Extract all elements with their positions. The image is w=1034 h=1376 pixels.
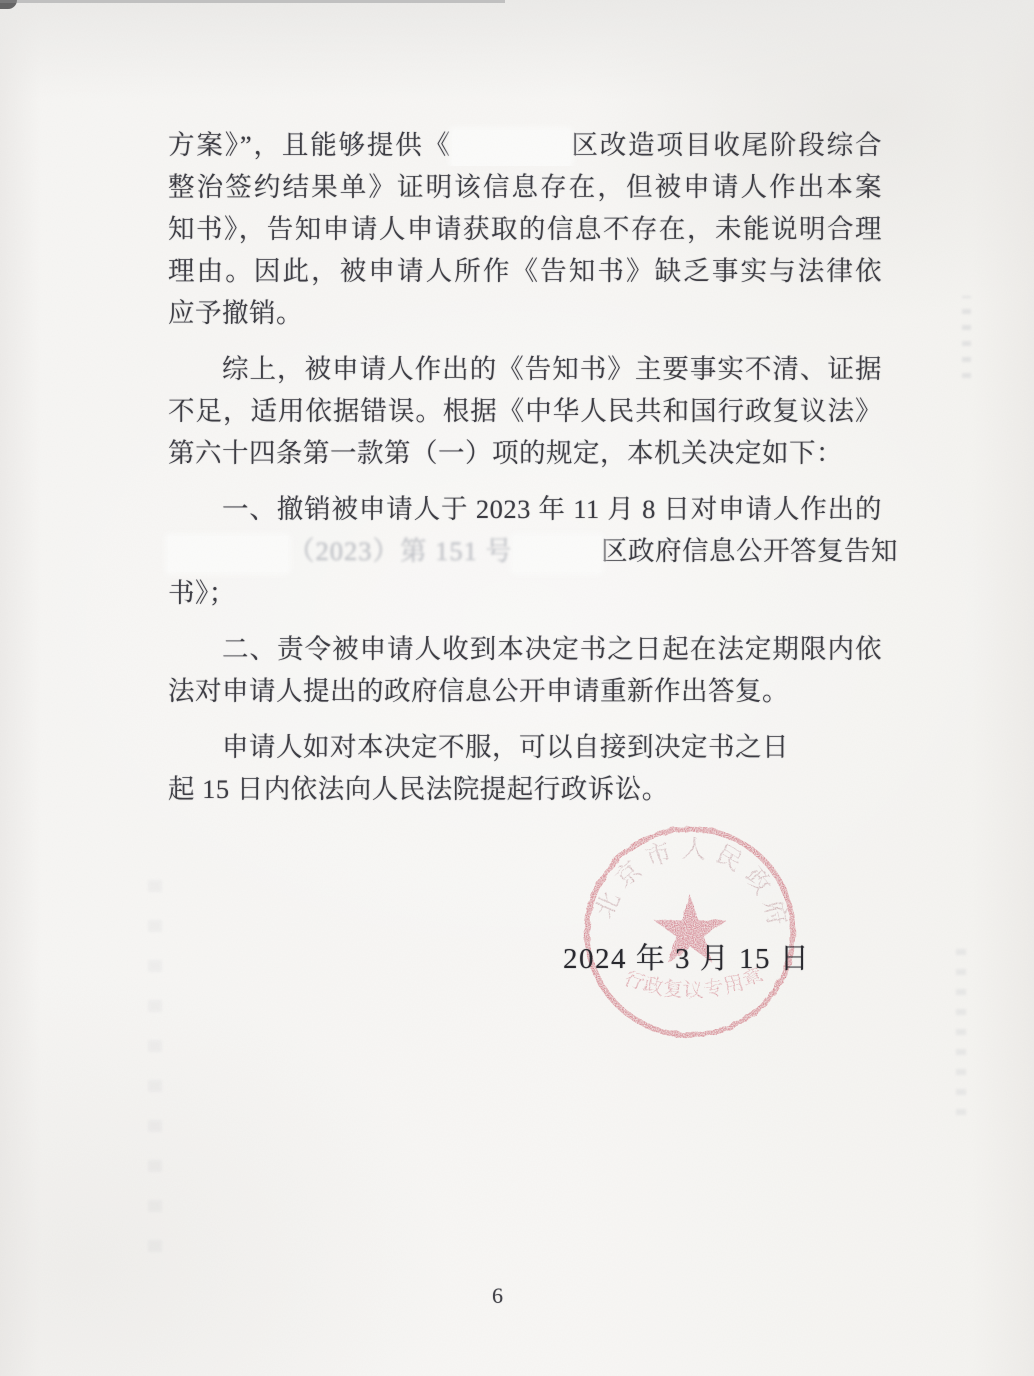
text-line: 方案》”，且能够提供《区改造项目收尾阶段综合 [168,124,882,166]
text-line: 申请人如对本决定不服，可以自接到决定书之日 [168,726,882,768]
official-seal: 北京市人民政府 行政复议专用章 [570,812,810,1052]
text-line: 整治签约结果单》证明该信息存在，但被申请人作出本案《告 [168,166,882,208]
issue-date: 2024 年 3 月 15 日 [563,936,810,977]
text-line: 法对申请人提出的政府信息公开申请重新作出答复。 [168,670,882,712]
text-run: 申请人如对本决定不服，可以自接到决定书之日 [222,732,789,762]
text-line: 起 15 日内依法向人民法院提起行政诉讼。 [168,768,882,810]
text-run: 区改造项目收尾阶段综合 [570,130,882,160]
text-line: 书》； [168,572,882,614]
text-line: 二、责令被申请人收到本决定书之日起在法定期限内依 [168,628,882,670]
text-run: 法对申请人提出的政府信息公开申请重新作出答复。 [168,676,789,706]
text-run: 理由。因此，被申请人所作《告知书》缺乏事实与法律依据， [168,256,882,292]
scan-shading [0,0,1034,100]
text-block: 方案》”，且能够提供《区改造项目收尾阶段综合整治签约结果单》证明该信息存在，但被… [168,124,882,810]
text-run: 书》； [168,578,236,608]
text-line: 一、撤销被申请人于 2023 年 11 月 8 日对申请人作出的 [168,488,882,530]
text-line: 第六十四条第一款第（一）项的规定，本机关决定如下： [168,432,882,474]
page-number: 6 [492,1283,503,1309]
text-run: 一、撤销被申请人于 2023 年 11 月 8 日对申请人作出的 [222,494,882,524]
text-run: 二、责令被申请人收到本决定书之日起在法定期限内依 [222,634,882,664]
redaction-box [168,536,288,572]
redacted-ghost-text: （2023）第 151 号 [288,536,513,566]
text-run: 整治签约结果单》证明该信息存在，但被申请人作出本案《告 [168,172,882,208]
text-line: 知书》，告知申请人申请获取的信息不存在，未能说明合理 [168,208,882,250]
text-run: 起 15 日内依法向人民法院提起行政诉讼。 [168,774,669,804]
text-run: 知书》，告知申请人申请获取的信息不存在，未能说明合理 [168,214,882,244]
text-line: 应予撤销。 [168,292,882,334]
redaction-box [513,536,601,572]
text-run: 综上，被申请人作出的《告知书》主要事实不清、证据 [222,354,882,384]
text-run: 区政府信息公开答复告知 [601,536,898,566]
text-line: 不足，适用依据错误。根据《中华人民共和国行政复议法》 [168,390,882,432]
scanned-document-page: { "document": { "lines": [ {"justify": t… [0,0,1034,1376]
scan-top-edge-mark [0,0,505,3]
text-line: 理由。因此，被申请人所作《告知书》缺乏事实与法律依据， [168,250,882,292]
text-run: 第六十四条第一款第（一）项的规定，本机关决定如下： [168,438,843,468]
text-run: 不足，适用依据错误。根据《中华人民共和国行政复议法》 [168,396,882,426]
redaction-box [452,130,570,166]
text-line: （2023）第 151 号区政府信息公开答复告知 [168,530,882,572]
text-line: 综上，被申请人作出的《告知书》主要事实不清、证据 [168,348,882,390]
text-run: 应予撤销。 [168,298,303,328]
text-run: 方案》”，且能够提供《 [168,130,452,160]
